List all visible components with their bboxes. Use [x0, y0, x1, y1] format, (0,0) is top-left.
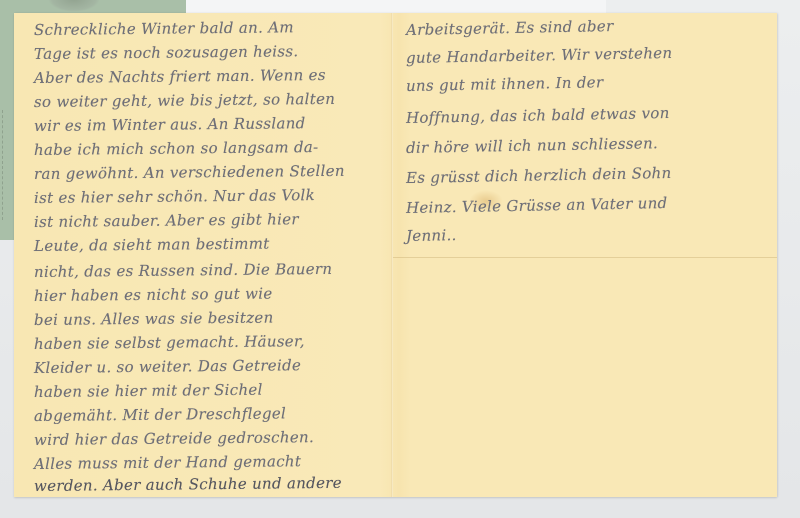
- handwritten-line: wird hier das Getreide gedroschen.: [34, 428, 314, 449]
- handwritten-line: Tage ist es noch sozusagen heiss.: [34, 42, 299, 63]
- right-page: Arbeitsgerät. Es sind aber gute Handarbe…: [402, 13, 772, 497]
- handwritten-line: ran gewöhnt. An verschiedenen Stellen: [34, 162, 345, 183]
- handwritten-line: Heinz. Viele Grüsse an Vater und: [406, 194, 668, 217]
- handwritten-line: uns gut mit ihnen. In der: [406, 73, 604, 95]
- handwritten-line: bei uns. Alles was sie besitzen: [34, 308, 274, 329]
- handwritten-line: Aber des Nachts friert man. Wenn es: [34, 66, 326, 87]
- handwritten-line: Leute, da sieht man bestimmt: [34, 235, 270, 255]
- handwritten-line: abgemäht. Mit der Dreschflegel: [34, 404, 286, 425]
- handwritten-line: haben sie selbst gemacht. Häuser,: [34, 332, 305, 353]
- handwritten-line: nicht, das es Russen sind. Die Bauern: [34, 260, 332, 281]
- handwritten-line: gute Handarbeiter. Wir verstehen: [406, 44, 673, 67]
- handwritten-line: Schreckliche Winter bald an. Am: [34, 18, 294, 39]
- handwritten-line: Kleider u. so weiter. Das Getreide: [34, 356, 301, 377]
- left-page: Schreckliche Winter bald an. Am Tage ist…: [20, 13, 386, 497]
- handwritten-line: Alles muss mit der Hand gemacht: [34, 452, 301, 473]
- handwritten-line: habe ich mich schon so langsam da-: [34, 138, 319, 159]
- handwritten-line: haben sie hier mit der Sichel: [34, 381, 263, 401]
- handwritten-line: dir höre will ich nun schliessen.: [406, 134, 658, 157]
- handwritten-line: Es grüsst dich herzlich dein Sohn: [406, 164, 672, 187]
- handwritten-line: werden. Aber auch Schuhe und andere: [34, 474, 342, 495]
- handwritten-line: hier haben es nicht so gut wie: [34, 285, 273, 305]
- handwritten-line: Jenni..: [406, 226, 457, 245]
- vertical-fold: [391, 13, 393, 497]
- stamp-mark: [48, 0, 100, 12]
- handwritten-line: wir es im Winter aus. An Russland: [34, 114, 306, 135]
- handwritten-line: Arbeitsgerät. Es sind aber: [406, 17, 614, 39]
- handwritten-line: ist nicht sauber. Aber es gibt hier: [34, 210, 299, 231]
- handwritten-line: ist es hier sehr schön. Nur das Volk: [34, 186, 315, 207]
- handwritten-line: Hoffnung, das ich bald etwas von: [406, 104, 670, 127]
- handwritten-line: so weiter geht, wie bis jetzt, so halten: [34, 90, 335, 111]
- letter-paper: Schreckliche Winter bald an. Am Tage ist…: [14, 13, 777, 497]
